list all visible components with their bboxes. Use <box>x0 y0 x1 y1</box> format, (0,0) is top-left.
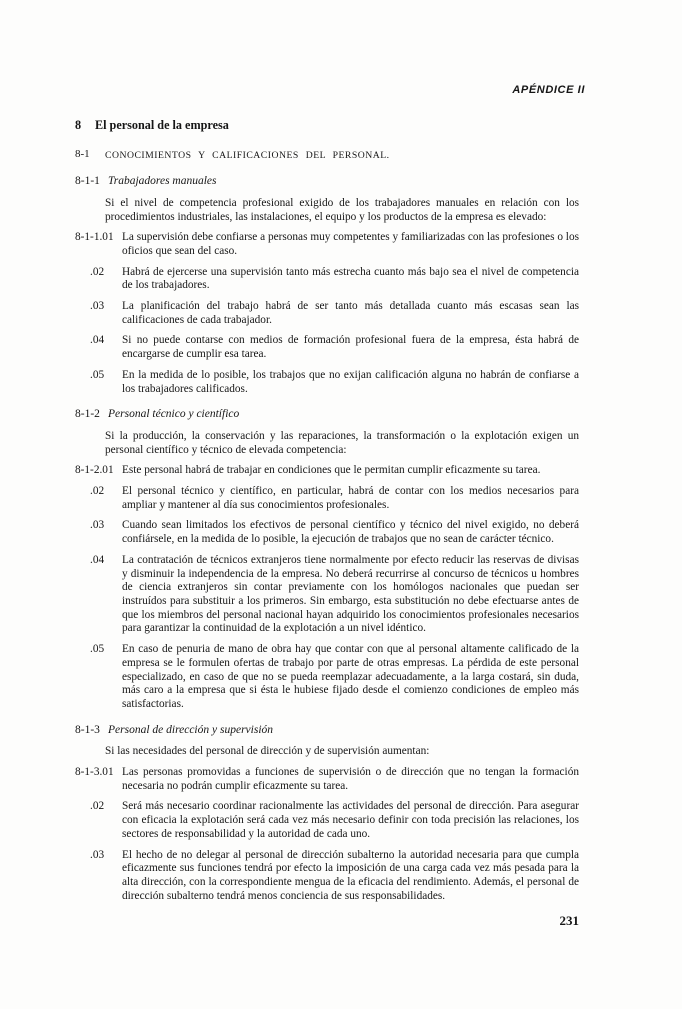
item-text: En la medida de lo posible, los trabajos… <box>122 369 579 396</box>
topic-heading: 8-1-1 Trabajadores manuales <box>75 175 579 189</box>
item-number: .04 <box>75 554 122 636</box>
intro-paragraph: Si las necesidades del personal de direc… <box>105 745 579 759</box>
item-text: Será más necesario coordinar racionalmen… <box>122 800 579 841</box>
topic-number: 8-1-2 <box>75 408 108 422</box>
topic-title: Trabajadores manuales <box>108 175 217 189</box>
item-number: .03 <box>75 849 122 904</box>
appendix-label: APÉNDICE II <box>512 84 585 96</box>
topic-heading: 8-1-2 Personal técnico y científico <box>75 408 579 422</box>
numbered-item: .02 Habrá de ejercerse una supervisión t… <box>75 266 579 293</box>
topic-heading: 8-1-3 Personal de dirección y supervisió… <box>75 724 579 738</box>
section-heading: 8 El personal de la empresa <box>75 119 579 133</box>
running-header: APÉNDICE II <box>75 84 585 98</box>
subsection-heading: 8-1 CONOCIMIENTOS Y CALIFICACIONES DEL P… <box>75 148 579 163</box>
item-number: .03 <box>75 300 122 327</box>
numbered-item: .04 La contratación de técnicos extranje… <box>75 554 579 636</box>
numbered-item: .02 Será más necesario coordinar raciona… <box>75 800 579 841</box>
item-number: .02 <box>75 800 122 841</box>
intro-paragraph: Si la producción, la conservación y las … <box>105 430 579 457</box>
item-text: El hecho de no delegar al personal de di… <box>122 849 579 904</box>
numbered-item: .05 En caso de penuria de mano de obra h… <box>75 643 579 712</box>
item-text: La contratación de técnicos extranjeros … <box>122 554 579 636</box>
subsection-title: CONOCIMIENTOS Y CALIFICACIONES DEL PERSO… <box>105 148 390 163</box>
item-text: Este personal habrá de trabajar en condi… <box>122 464 579 478</box>
item-text: La planificación del trabajo habrá de se… <box>122 300 579 327</box>
topic-number: 8-1-3 <box>75 724 108 738</box>
page-number: 231 <box>75 914 579 928</box>
topic-title: Personal de dirección y supervisión <box>108 724 273 738</box>
item-number: .05 <box>75 643 122 712</box>
item-number: 8-1-1.01 <box>75 231 122 258</box>
numbered-item: .02 El personal técnico y científico, en… <box>75 485 579 512</box>
topic-number: 8-1-1 <box>75 175 108 189</box>
item-text: En caso de penuria de mano de obra hay q… <box>122 643 579 712</box>
numbered-item: 8-1-1.01 La supervisión debe confiarse a… <box>75 231 579 258</box>
section-title: El personal de la empresa <box>95 119 229 133</box>
item-number: .03 <box>75 519 122 546</box>
intro-paragraph: Si el nivel de competencia profesional e… <box>105 197 579 224</box>
numbered-item: 8-1-3.01 Las personas promovidas a funci… <box>75 766 579 793</box>
section-number: 8 <box>75 119 95 133</box>
item-text: Las personas promovidas a funciones de s… <box>122 766 579 793</box>
item-number: .05 <box>75 369 122 396</box>
item-text: Cuando sean limitados los efectivos de p… <box>122 519 579 546</box>
numbered-item: .03 Cuando sean limitados los efectivos … <box>75 519 579 546</box>
item-number: .02 <box>75 485 122 512</box>
subsection-number: 8-1 <box>75 148 105 163</box>
numbered-item: .03 El hecho de no delegar al personal d… <box>75 849 579 904</box>
numbered-item: 8-1-2.01 Este personal habrá de trabajar… <box>75 464 579 478</box>
item-number: 8-1-3.01 <box>75 766 122 793</box>
item-number: .02 <box>75 266 122 293</box>
item-text: Si no puede contarse con medios de forma… <box>122 334 579 361</box>
item-number: .04 <box>75 334 122 361</box>
numbered-item: .05 En la medida de lo posible, los trab… <box>75 369 579 396</box>
item-number: 8-1-2.01 <box>75 464 122 478</box>
numbered-item: .03 La planificación del trabajo habrá d… <box>75 300 579 327</box>
item-text: El personal técnico y científico, en par… <box>122 485 579 512</box>
numbered-item: .04 Si no puede contarse con medios de f… <box>75 334 579 361</box>
document-page: APÉNDICE II 8 El personal de la empresa … <box>0 0 682 1009</box>
item-text: Habrá de ejercerse una supervisión tanto… <box>122 266 579 293</box>
topic-title: Personal técnico y científico <box>108 408 239 422</box>
item-text: La supervisión debe confiarse a personas… <box>122 231 579 258</box>
